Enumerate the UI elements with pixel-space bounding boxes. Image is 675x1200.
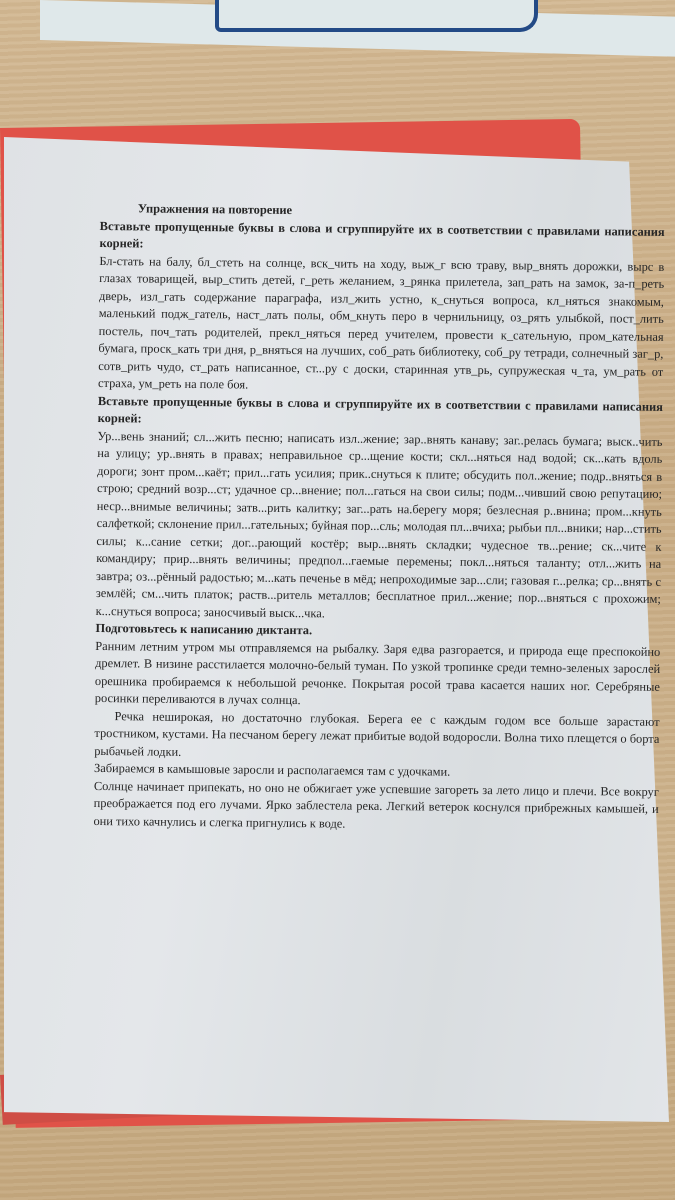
blue-clip xyxy=(215,0,538,32)
dictation-paragraph: Речка неширокая, но достаточно глубокая.… xyxy=(94,707,660,765)
section2-heading: Вставьте пропущенные буквы в слова и сгр… xyxy=(98,392,663,433)
dictation-paragraph: Ранним летним утром мы отправляемся на р… xyxy=(95,637,661,713)
section2-body: Ур...вень знаний; сл...жить песню; напис… xyxy=(96,427,663,625)
section1-body: Бл-стать на балу, бл_стеть на солнце, вс… xyxy=(98,252,664,398)
section1-heading: Вставьте пропущенные буквы в слова и сгр… xyxy=(99,217,664,258)
document-text: Упражнения на повторение Вставьте пропущ… xyxy=(93,200,665,836)
dictation-paragraph: Солнце начинает припекать, но оно не обж… xyxy=(93,777,659,835)
